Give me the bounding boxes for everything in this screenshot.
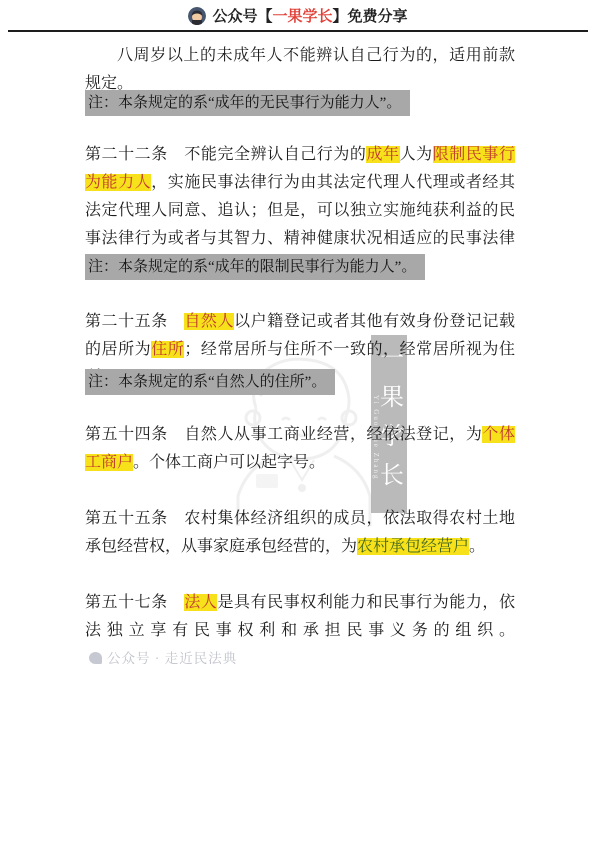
- note-highlight-bar: 注：本条规定的系“成年的无民事行为能力人”。: [85, 90, 410, 116]
- highlighted-term: 法人: [184, 594, 217, 611]
- inline-watermark: 公众号 · 走近民法典: [85, 651, 237, 666]
- note-highlight-bar: 注：本条规定的系“成年的限制民事行为能力人”。: [85, 254, 425, 280]
- article-54: 第五十四条 自然人从事工商业经营，经依法登记，为个体工商户。个体工商户可以起字号…: [85, 421, 515, 477]
- highlighted-term: 农村承包经营户: [357, 538, 469, 555]
- highlighted-term: 自然人: [184, 313, 234, 330]
- text-run: 八周岁以上的未成年人不能辨认自己行为的，适用前款规定。: [85, 47, 515, 92]
- note-1: 注：本条规定的系“成年的无民事行为能力人”。: [85, 89, 515, 117]
- note-2: 注：本条规定的系“成年的限制民事行为能力人”。: [85, 253, 515, 281]
- text-run: 注：本条规定的系“自然人的住所”。: [88, 374, 326, 390]
- header-brand: 一果学长: [272, 9, 332, 25]
- header-divider: [8, 30, 588, 32]
- text-run: 第二十二条 不能完全辨认自己行为的: [85, 146, 366, 163]
- page-header: 公众号【一果学长】免费分享: [0, 5, 596, 26]
- text-run: 人为: [400, 146, 433, 163]
- text-run: 第五十四条 自然人从事工商业经营，经依法登记，为: [85, 426, 482, 443]
- text-run: 第五十七条: [85, 594, 184, 611]
- document-page: 公众号【一果学长】免费分享 Yi Guo Xue Zhang 一果学长 八周岁以…: [0, 0, 596, 842]
- header-prefix: 公众号【: [212, 9, 272, 25]
- highlighted-term: 成年: [366, 146, 399, 163]
- boy-avatar-icon: [188, 7, 206, 25]
- note-3: 注：本条规定的系“自然人的住所”。: [85, 368, 515, 396]
- text-run: 注：本条规定的系“成年的限制民事行为能力人”。: [88, 259, 416, 275]
- text-run: 注：本条规定的系“成年的无民事行为能力人”。: [88, 95, 401, 111]
- text-run: 。个体工商户可以起字号。: [133, 454, 325, 471]
- article-57: 第五十七条 法人是具有民事权利能力和民事行为能力，依法独立享有民事权利和承担民事…: [85, 589, 515, 673]
- highlighted-term: 住所: [151, 341, 184, 358]
- header-suffix: 】免费分享: [333, 9, 408, 25]
- article-55: 第五十五条 农村集体经济组织的成员，依法取得农村土地承包经营权，从事家庭承包经营…: [85, 505, 515, 561]
- note-highlight-bar: 注：本条规定的系“自然人的住所”。: [85, 369, 335, 395]
- text-run: 。: [469, 538, 485, 555]
- text-run: 第二十五条: [85, 313, 184, 330]
- document-body: 八周岁以上的未成年人不能辨认自己行为的，适用前款规定。注：本条规定的系“成年的无…: [85, 0, 515, 842]
